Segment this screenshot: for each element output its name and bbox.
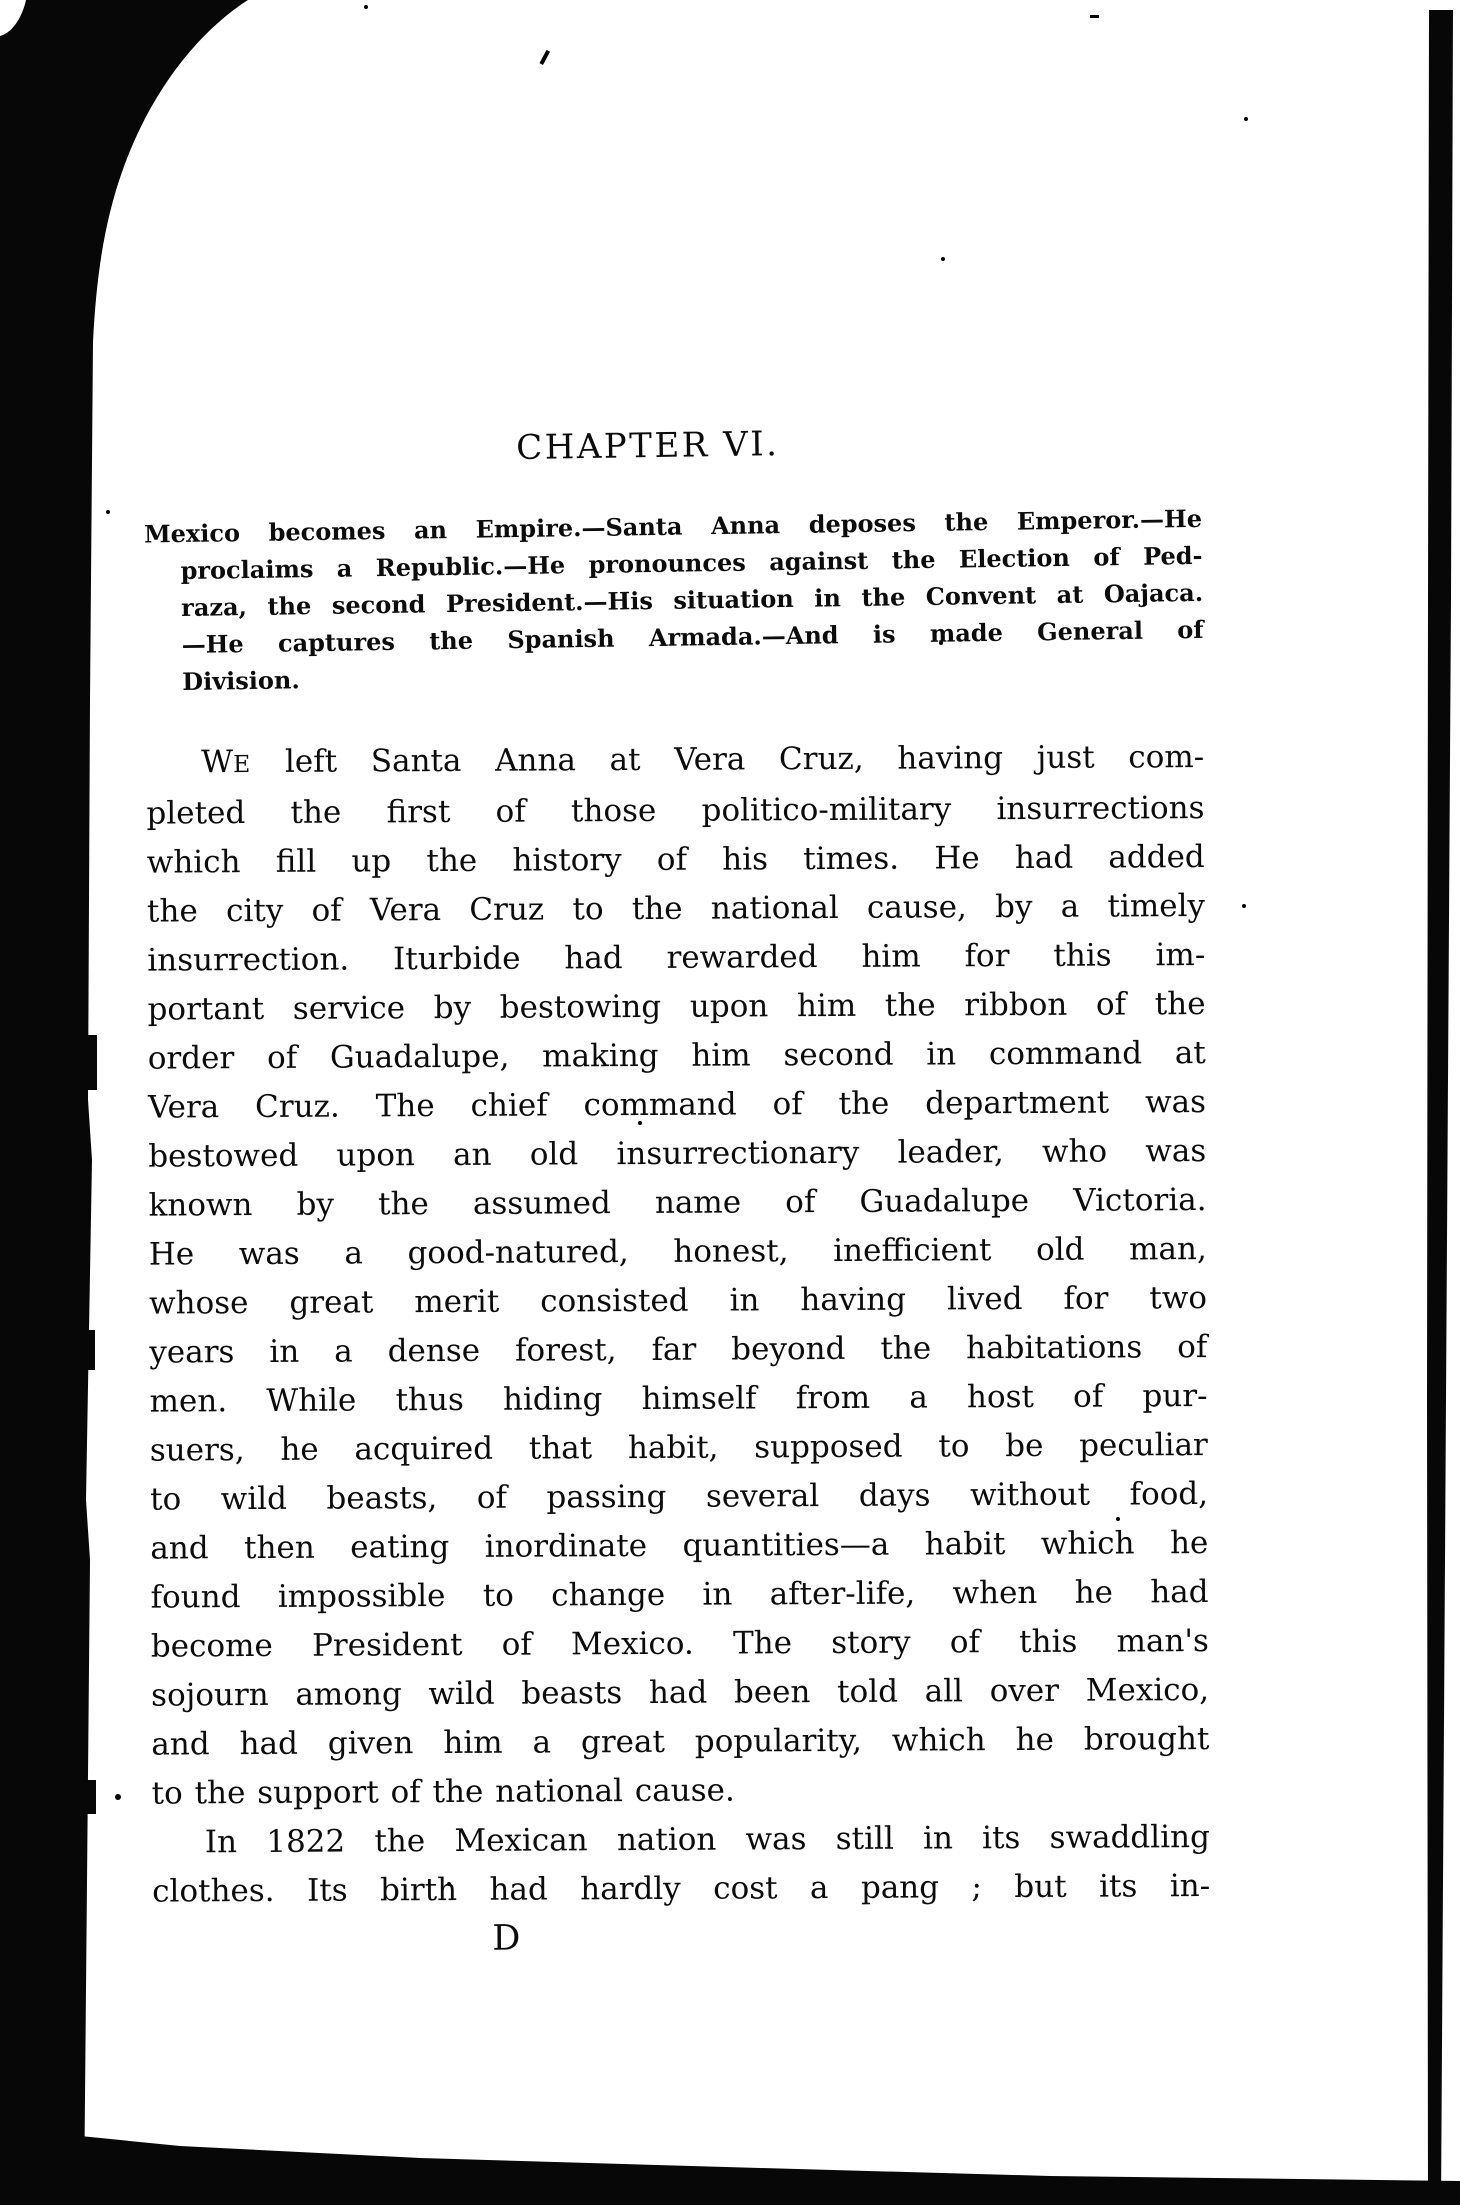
body-line: portant service by bestowing upon him th… [147, 980, 1205, 1035]
body-line: and then eating inordinate quantities—a … [150, 1519, 1208, 1574]
body-line: the city of Vera Cruz to the national ca… [147, 882, 1205, 937]
body-line: men. While thus hiding himself from a ho… [149, 1372, 1207, 1427]
body-line: which fill up the history of his times. … [147, 833, 1205, 888]
scanned-book-page: CHAPTER VI. Mexico becomes an Empire.—Sa… [0, 0, 1460, 2205]
body-line: years in a dense forest, far beyond the … [149, 1323, 1207, 1378]
paragraph-lines: pleted the first of those politico-milit… [146, 784, 1209, 1819]
body-line: In 1822 the Mexican nation was still in … [152, 1813, 1210, 1868]
body-line: and had given him a great popularity, wh… [151, 1715, 1209, 1770]
body-line: bestowed upon an old insurrectionary lea… [148, 1127, 1206, 1182]
chapter-heading: CHAPTER VI. [143, 419, 1153, 474]
body-paragraph-2: In 1822 the Mexican nation was still in … [152, 1813, 1210, 1917]
body-line: found impossible to change in after-life… [150, 1568, 1208, 1623]
body-line: become President of Mexico. The story of… [151, 1617, 1209, 1672]
body-paragraph-1: WE left Santa Anna at Vera Cruz, having … [146, 733, 1210, 1819]
body-text: WE left Santa Anna at Vera Cruz, having … [146, 733, 1210, 1917]
body-line: suers, he acquired that habit, supposed … [150, 1421, 1208, 1476]
paragraph-lines: In 1822 the Mexican nation was still in … [152, 1813, 1210, 1917]
lead-smallcap: E [233, 750, 251, 778]
lead-capital: W [201, 744, 233, 780]
body-line: to wild beasts, of passing several days … [150, 1470, 1208, 1525]
chapter-head-block: CHAPTER VI. Mexico becomes an Empire.—Sa… [143, 418, 1205, 701]
page-content: CHAPTER VI. Mexico becomes an Empire.—Sa… [0, 0, 1460, 2205]
body-line: He was a good-natured, honest, inefficie… [149, 1225, 1207, 1280]
body-line: known by the assumed name of Guadalupe V… [148, 1176, 1206, 1231]
body-line: clothes. Its birth had hardly cost a pan… [152, 1862, 1210, 1917]
first-line-text: left Santa Anna at Vera Cruz, having jus… [251, 739, 1204, 780]
body-line: pleted the first of those politico-milit… [146, 784, 1204, 839]
chapter-summary: Mexico becomes an Empire.—Santa Anna dep… [144, 500, 1205, 701]
body-line: sojourn among wild beasts had been told … [151, 1666, 1209, 1721]
body-line: to the support of the national cause. [151, 1764, 1209, 1819]
body-line: whose great merit consisted in having li… [149, 1274, 1207, 1329]
paragraph-first-line: WE left Santa Anna at Vera Cruz, having … [146, 733, 1204, 790]
body-line: insurrection. Iturbide had rewarded him … [147, 931, 1205, 986]
body-line: Vera Cruz. The chief command of the depa… [148, 1078, 1206, 1133]
printer-signature-mark: D [466, 1919, 546, 1959]
body-line: order of Guadalupe, making him second in… [148, 1029, 1206, 1084]
